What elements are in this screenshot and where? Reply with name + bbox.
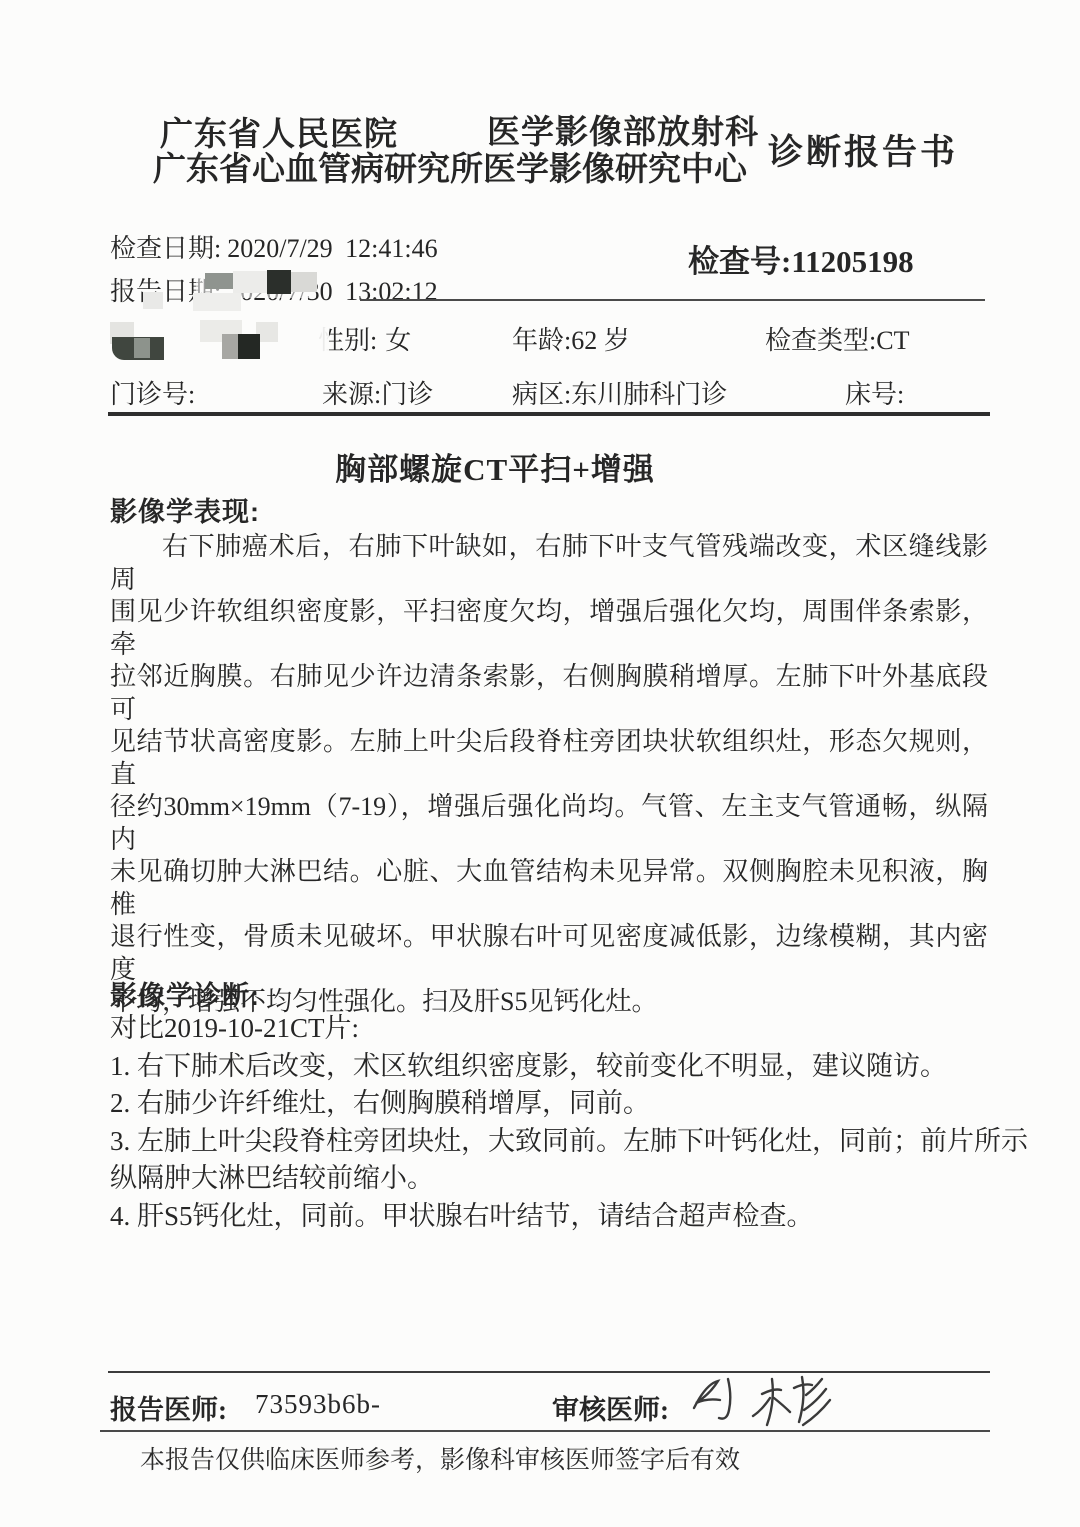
diagnosis-list: 对比2019-10-21CT片: 1. 右下肺术后改变，术区软组织密度影，较前变… bbox=[110, 1010, 1000, 1235]
ward-value: 东川肺科门诊 bbox=[571, 380, 727, 409]
exam-date-value: 2020/7/29 12:41:46 bbox=[227, 234, 437, 263]
diagnosis-line: 4. 肝S5钙化灶，同前。甲状腺右叶结节，请结合超声检查。 bbox=[110, 1198, 1000, 1236]
ward-field: 病区:东川肺科门诊 bbox=[512, 374, 727, 411]
findings-line: 拉邻近胸膜。右肺见少许边清条索影，右侧胸膜稍增厚。左肺下叶外基底段可 bbox=[110, 661, 988, 726]
reviewer-signature bbox=[682, 1372, 842, 1430]
age-field: 年龄:62 岁 bbox=[512, 320, 630, 357]
findings-line: 径约30mm×19mm（7-19），增强后强化尚均。气管、左主支气管通畅，纵隔内 bbox=[110, 791, 988, 856]
exam-type-label: 检查类型: bbox=[765, 326, 876, 355]
exam-number-label: 检查号: bbox=[688, 244, 791, 279]
divider-under-dates bbox=[360, 299, 985, 301]
findings-section-label: 影像学表现: bbox=[110, 490, 260, 529]
document-type: 诊断报告书 bbox=[768, 125, 958, 175]
age-label: 年龄: bbox=[512, 326, 571, 355]
exam-date-row: 检查日期:2020/7/29 12:41:46 bbox=[110, 228, 438, 265]
redaction-block bbox=[205, 273, 233, 289]
redaction-block bbox=[314, 320, 329, 354]
report-page: 广东省人民医院 医学影像部放射科 广东省心血管病研究所医学影像研究中心 诊断报告… bbox=[0, 0, 1080, 1527]
footer-divider-top bbox=[108, 1371, 990, 1373]
institute-name: 广东省心血管病研究所医学影像研究中心 bbox=[153, 143, 747, 190]
source-field: 来源:门诊 bbox=[322, 374, 433, 411]
exam-date-label: 检查日期: bbox=[110, 234, 221, 263]
diagnosis-line: 1. 右下肺术后改变，术区软组织密度影，较前变化不明显，建议随访。 bbox=[110, 1048, 1000, 1086]
report-title: 胸部螺旋CT平扫+增强 bbox=[0, 444, 990, 489]
redaction-block bbox=[291, 272, 317, 292]
bed-no-label: 床号: bbox=[845, 380, 904, 409]
patient-name-redaction bbox=[193, 293, 241, 311]
diagnosis-line: 纵隔肿大淋巴结较前缩小。 bbox=[110, 1160, 1000, 1198]
findings-paragraph: 右下肺癌术后，右肺下叶缺如，右肺下叶支气管残端改变，术区缝线影周 围见少许软组织… bbox=[110, 531, 988, 1019]
source-label: 来源: bbox=[322, 380, 381, 409]
footer-divider-bottom bbox=[100, 1430, 990, 1432]
gender-field: 性别:女 bbox=[318, 320, 411, 357]
gender-value: 女 bbox=[385, 326, 411, 355]
findings-line: 见结节状高密度影。左肺上叶尖后段脊柱旁团块状软组织灶，形态欠规则，直 bbox=[110, 726, 988, 791]
exam-type-value: CT bbox=[876, 326, 909, 355]
patient-name-redaction bbox=[238, 334, 260, 359]
diagnosis-line: 对比2019-10-21CT片: bbox=[110, 1010, 1000, 1048]
outpatient-no-label: 门诊号: bbox=[110, 380, 195, 409]
findings-line: 右下肺癌术后，右肺下叶缺如，右肺下叶支气管残端改变，术区缝线影周 bbox=[110, 531, 988, 596]
reporter-label: 报告医师: bbox=[110, 1388, 227, 1427]
exam-number-value: 11205198 bbox=[791, 244, 913, 279]
redaction-block bbox=[267, 270, 291, 294]
reporter-id: 73593b6b- bbox=[255, 1389, 381, 1420]
exam-number-row: 检查号:11205198 bbox=[688, 236, 914, 281]
age-value: 62 岁 bbox=[571, 326, 630, 355]
diagnosis-line: 3. 左肺上叶尖段脊柱旁团块灶，大致同前。左肺下叶钙化灶，同前；前片所示 bbox=[110, 1123, 1000, 1161]
exam-type-field: 检查类型:CT bbox=[765, 320, 909, 357]
findings-line: 围见少许软组织密度影，平扫密度欠均，增强后强化欠均，周围伴条索影，牵 bbox=[110, 596, 988, 661]
disclaimer-text: 本报告仅供临床医师参考，影像科审核医师签字后有效 bbox=[140, 1440, 740, 1476]
outpatient-no-field: 门诊号: bbox=[110, 374, 195, 411]
section-divider bbox=[108, 412, 990, 416]
bed-no-field: 床号: bbox=[845, 374, 904, 411]
redaction-block bbox=[233, 271, 267, 293]
source-value: 门诊 bbox=[381, 380, 433, 409]
diagnosis-section-label: 影像学诊断: bbox=[110, 974, 260, 1013]
reviewer-label: 审核医师: bbox=[552, 1388, 669, 1427]
patient-name-redaction bbox=[143, 292, 163, 309]
ward-label: 病区: bbox=[512, 380, 571, 409]
patient-name-redaction bbox=[134, 338, 150, 358]
diagnosis-line: 2. 右肺少许纤维灶，右侧胸膜稍增厚，同前。 bbox=[110, 1085, 1000, 1123]
findings-line: 未见确切肿大淋巴结。心脏、大血管结构未见异常。双侧胸腔未见积液，胸椎 bbox=[110, 856, 988, 921]
